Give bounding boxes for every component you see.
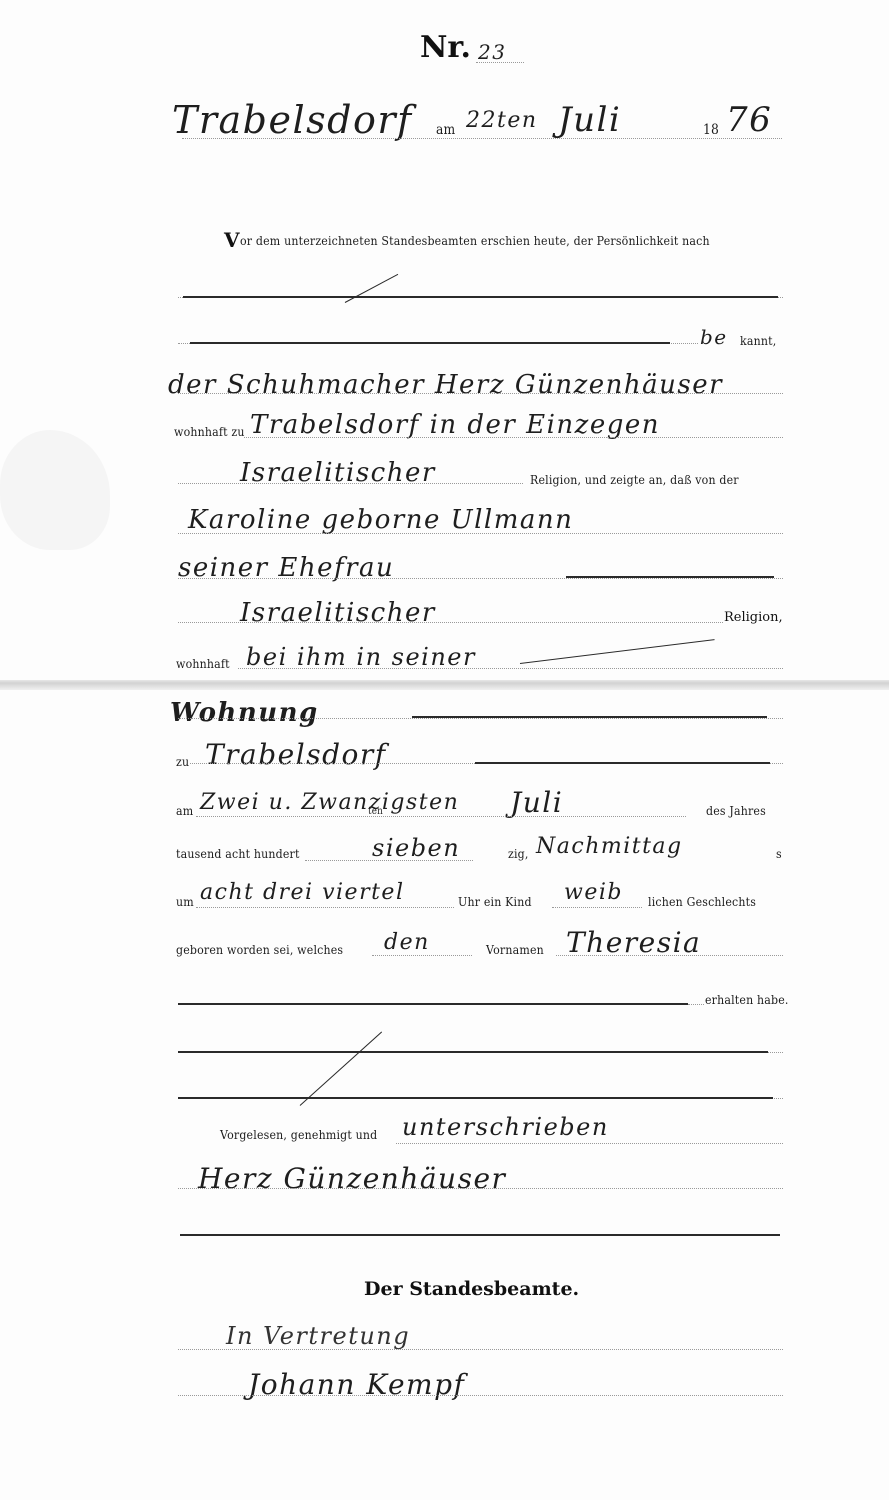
declarant-residence-handwritten: Trabelsdorf in der Einzegen [250,410,660,440]
official-line-2 [178,1395,783,1396]
mother-place-strike [475,762,770,764]
declarant-name-handwritten: der Schuhmacher Herz Günzenhäuser [168,370,723,400]
erhalten-dots [688,1004,704,1005]
birth-sex-handwritten: weib [564,880,623,905]
mother-relation-strike [566,576,774,578]
declarant-religion-line [178,483,523,484]
vornamen-strike [178,1003,688,1005]
mother-residence-handwritten: bei ihm in seiner [246,643,476,671]
erhalten-label: erhalten habe. [705,992,789,1007]
year-prefix: 18 [703,122,719,138]
wohnhaft-zu-label: wohnhaft zu [174,424,245,439]
declarant-residence-line [244,437,783,438]
declarant-name-line [178,393,783,394]
mother-name-handwritten: Karoline geborne Ullmann [188,505,573,535]
strike-line-4 [178,1097,773,1099]
official-title: Der Standesbeamte. [364,1278,579,1300]
place-date-line [182,138,782,139]
year-prefix-label: tausend acht hundert [176,846,300,861]
birth-hour-handwritten: acht drei viertel [200,880,405,905]
birth-time-of-day-handwritten: Nachmittag [536,834,683,859]
signature-line [178,1188,783,1189]
bekannt-suffix: kannt, [740,333,776,348]
unterschrieben-line [396,1143,783,1144]
birth-am-label: am [176,803,193,818]
vornamen-label: Vornamen [486,942,544,957]
paper-stain [0,430,110,550]
closing-strike [180,1234,780,1236]
declarant-signature-handwritten: Herz Günzenhäuser [198,1162,506,1195]
birth-day-handwritten: Zwei u. Zwanzigsten [200,790,459,815]
mother-residence-handwritten-2: Wohnung [170,698,319,728]
birth-sex-line [552,907,642,908]
birth-year-line [305,860,473,861]
mother-wohnhaft-label: wohnhaft [176,656,230,671]
des-jahres-label: des Jahres [706,803,766,818]
sex-suffix: lichen Geschlechts [648,894,756,909]
am-label: am [436,122,455,138]
void-slash-2 [300,1032,382,1106]
um-label: um [176,894,194,909]
official-line1-handwritten: In Vertretung [226,1322,410,1350]
mother-residence-strike [412,716,767,718]
child-name-line [556,955,783,956]
uhr-kind-label: Uhr ein Kind [458,894,532,909]
unterschrieben-handwritten: unterschrieben [402,1113,609,1141]
bekannt-prefix-handwritten: be [700,325,728,349]
vorgelesen-label: Vorgelesen, genehmigt und [220,1127,377,1142]
birth-day-line [196,816,686,817]
s-suffix: s [776,846,782,861]
strike-line-3 [178,1051,768,1053]
den-line [372,955,472,956]
page-fold [0,680,889,690]
intro-initial: V [224,228,240,252]
birth-month-handwritten: Juli [510,786,563,819]
zig-label: zig, [508,846,529,861]
birth-hour-line [196,907,454,908]
mother-residence-line [238,668,783,669]
official-line-1 [178,1349,783,1350]
zu-label: zu [176,754,189,769]
record-number-value: 23 [478,40,506,64]
mother-name-line [178,533,783,534]
official-line2-handwritten: Johann Kempf [248,1368,465,1401]
den-handwritten: den [384,930,430,955]
mother-place-handwritten: Trabelsdorf [205,738,387,771]
year-suffix-handwritten: 76 [726,100,772,140]
mother-religion-handwritten: Israelitischer [240,598,436,628]
record-number-line [476,62,524,63]
date-month-handwritten: Juli [558,100,621,140]
mother-religion-line [178,622,723,623]
record-number-label: Nr. [420,30,471,65]
date-day-handwritten: 22ten [466,108,538,133]
mother-residence-flourish [520,639,715,664]
birth-year-handwritten: sieben [372,834,460,862]
strike-line-2 [190,342,670,344]
void-slash-1 [345,274,398,303]
geboren-label: geboren worden sei, welches [176,942,343,957]
mother-religion-label: Religion, [724,610,783,625]
declarant-religion-text: Religion, und zeigte an, daß von der [530,472,739,487]
place-handwritten: Trabelsdorf [172,98,413,142]
strike-line-1 [183,296,778,298]
intro-text: or dem unterzeichneten Standesbeamten er… [240,233,710,248]
mother-residence-line-2 [178,718,783,719]
mother-relation-line [178,578,783,579]
